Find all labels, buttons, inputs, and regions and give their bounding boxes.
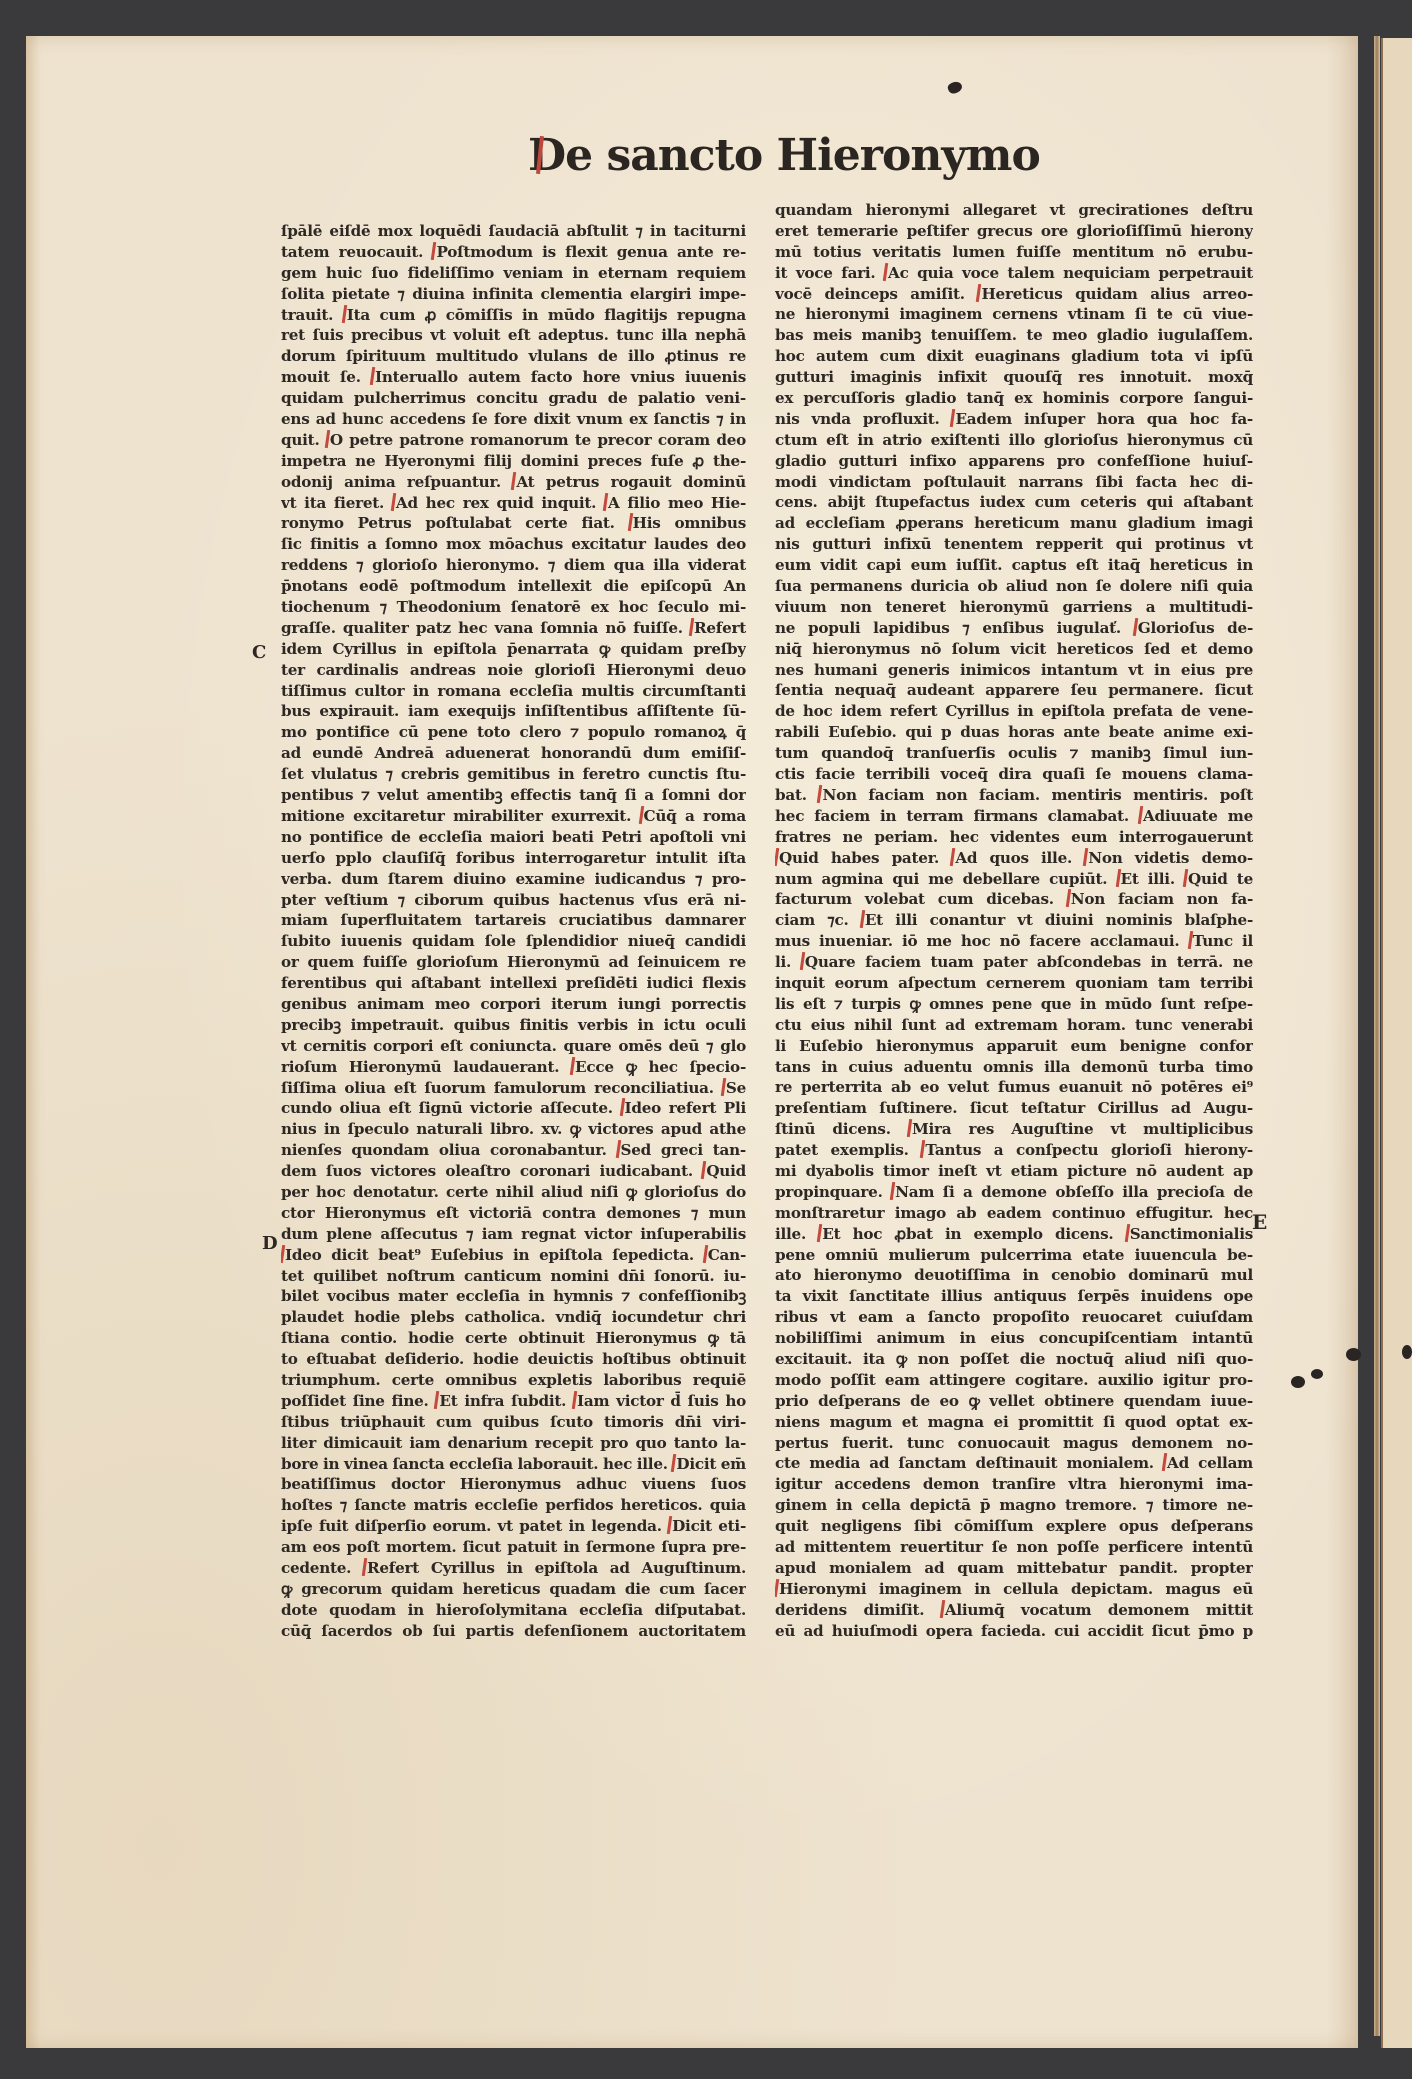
text-line: excitauit. ita ꝙ non poſſet die noctuq̄ …: [775, 1349, 1253, 1370]
text-line: quidam pulcherrimus concitu gradu de pal…: [281, 388, 746, 409]
text-line: bus expirauit. iam exequijs inſiſtentibu…: [281, 701, 746, 722]
text-line: cte media ad ſanctam deſtinauit monialem…: [775, 1453, 1253, 1474]
text-line: vt ita fieret. Ad hec rex quid inquit. A…: [281, 493, 746, 514]
text-line: bat. Non faciam non faciam. mentiris men…: [775, 785, 1253, 806]
text-line: gladio gutturi infixo apparens pro confe…: [775, 451, 1253, 472]
text-line: mus inueniar. iō me hoc nō facere acclam…: [775, 931, 1253, 952]
text-line: tiſſimus cultor in romana eccleſia multi…: [281, 681, 746, 702]
rubrication-mark: [890, 1182, 895, 1200]
text-line: pter veſtium ⁊ ciborum quibus hactenus v…: [281, 890, 746, 911]
rubrication-mark: [1162, 1453, 1167, 1471]
text-line: li. Quare faciem tuam pater abſcondebas …: [775, 952, 1253, 973]
ink-blot-margin-1: [1291, 1376, 1305, 1388]
text-line: no pontifice de eccleſia maiori beati Pe…: [281, 827, 746, 848]
text-line: vt cernitis corpori eſt coniuncta. quare…: [281, 1036, 746, 1057]
text-line: ſtiana contio. hodie certe obtinuit Hier…: [281, 1328, 746, 1349]
text-line: ne populi lapidibus ⁊ enſibus iugulať. G…: [775, 618, 1253, 639]
ink-blot-margin-3: [1346, 1348, 1361, 1361]
text-line: pentibus ⁊ velut amentibꝫ effectis tanq̄…: [281, 785, 746, 806]
adjacent-page-edge: [1381, 38, 1412, 2048]
rubrication-mark: [391, 493, 396, 511]
text-line: gutturi imaginis infixit quouſq̄ res inn…: [775, 367, 1253, 388]
text-line: hec faciem in terram firmans clamabat. A…: [775, 806, 1253, 827]
rubrication-mark: [1187, 931, 1192, 949]
text-line: li Euſebio hieronymus apparuit eum benig…: [775, 1036, 1253, 1057]
text-line: ad mittentem reuertitur ſe non poſſe per…: [775, 1537, 1253, 1558]
text-line: ſiſſima oliua eſt ſuorum famulorum recon…: [281, 1078, 746, 1099]
text-line: ne hieronymi imaginem cernens vtinam ſi …: [775, 304, 1253, 325]
text-line: modi vindictam poſtulauit narrans ſibi f…: [775, 472, 1253, 493]
text-line: gem huic ſuo fideliſſimo veniam in etern…: [281, 263, 746, 284]
text-line: Quid habes pater. Ad quos ille. Non vide…: [775, 848, 1253, 869]
margin-letter-d: D: [262, 1233, 278, 1254]
rubrication-mark: [920, 1140, 925, 1158]
text-line: monſtraretur imago ab eadem continuo eff…: [775, 1203, 1253, 1224]
right-text-column: quandam hieronymi allegaret vt grecirati…: [775, 200, 1253, 1641]
text-line: ſtibus triūphauit cum quibus ſcuto timor…: [281, 1412, 746, 1433]
text-line: mū totius veritatis lumen fuiſſe mentitu…: [775, 242, 1253, 263]
rubrication-mark: [627, 513, 632, 531]
text-line: propinquare. Nam ſi a demone obſeſſo ill…: [775, 1182, 1253, 1203]
text-line: ſpālē eiſdē mox loquēdi ſaudaciā abſtuli…: [281, 221, 746, 242]
text-line: ipſe fuit diſperſio eorum. vt patet in l…: [281, 1516, 746, 1537]
text-line: modo poſſit eam attingere cogitare. auxi…: [775, 1370, 1253, 1391]
ink-blot-margin-2: [1311, 1369, 1323, 1379]
text-line: ciam ⁊c. Et illi conantur vt diuini nomi…: [775, 910, 1253, 931]
text-line: tans in cuius aduentu omnis illa demonū …: [775, 1057, 1253, 1078]
text-line: impetra ne Hyeronymi filij domini preces…: [281, 451, 746, 472]
text-line: de hoc idem refert Cyrillus in epiſtola …: [775, 701, 1253, 722]
text-line: precibꝫ impetrauit. quibus finitis verbi…: [281, 1015, 746, 1036]
rubrication-mark: [342, 305, 347, 323]
rubrication-mark: [976, 284, 981, 302]
text-line: tum quandoq̄ tranſuerſis oculis ⁊ manibꝫ…: [775, 743, 1253, 764]
text-line: lis eſt ⁊ turpis ꝙ omnes pene que in mūd…: [775, 994, 1253, 1015]
text-line: mitione excitaretur mirabiliter exurrexi…: [281, 806, 746, 827]
rubrication-mark: [775, 1579, 779, 1597]
rubrication-mark: [434, 1391, 439, 1409]
text-line: fratres ne periam. hec videntes eum inte…: [775, 827, 1253, 848]
text-line: beatiſſimus doctor Hieronymus adhuc viue…: [281, 1474, 746, 1495]
left-text-column: ſpālē eiſdē mox loquēdi ſaudaciā abſtuli…: [281, 221, 746, 1642]
text-line: ſentia nequaq̄ audeant apparere ſeu perm…: [775, 680, 1253, 701]
text-line: ctu eius nihil ſunt ad extremam horam. t…: [775, 1015, 1253, 1036]
text-line: dem ſuos victores oleaſtro coronari iudi…: [281, 1161, 746, 1182]
text-line: ꝙ grecorum quidam hereticus quadam die c…: [281, 1579, 746, 1600]
rubrication-mark: [1083, 848, 1088, 866]
rubrication-mark: [817, 785, 822, 803]
text-line: ginem in cella depictā p̄ magno tremore.…: [775, 1495, 1253, 1516]
text-line: num agmina qui me debellare cupiūt. Et i…: [775, 869, 1253, 890]
text-line: ad eundē Andreā aduenerat honorandū dum …: [281, 743, 746, 764]
rubrication-mark: [615, 1140, 620, 1158]
text-line: quit negligens ſibi cōmiſſum explere opu…: [775, 1516, 1253, 1537]
rubrication-mark: [1138, 806, 1143, 824]
text-line: patet exemplis. Tantus a conſpectu glori…: [775, 1140, 1253, 1161]
text-line: bas meis manibꝫ tenuiſſem. te meo gladio…: [775, 325, 1253, 346]
rubrication-mark: [1115, 869, 1120, 887]
text-line: triumphum. certe omnibus expletis labori…: [281, 1370, 746, 1391]
ink-blot-margin-4: [1402, 1345, 1412, 1359]
text-line: dum plene aſſecutus ⁊ iam regnat victor …: [281, 1224, 746, 1245]
text-line: Hieronymi imaginem in cellula depictam. …: [775, 1579, 1253, 1600]
text-line: idem Cyrillus in epiſtola p̄enarrata ꝙ q…: [281, 639, 746, 660]
text-line: tatem reuocauit. Poſtmodum is flexit gen…: [281, 242, 746, 263]
text-line: cedente. Refert Cyrillus in epiſtola ad …: [281, 1558, 746, 1579]
book-gutter-fold: [1374, 36, 1380, 2036]
text-line: ctis facie terribili voceq̄ dira quaſi ſ…: [775, 764, 1253, 785]
rubrication-mark: [950, 848, 955, 866]
rubrication-mark: [702, 1245, 707, 1263]
text-line: odonij anima reſpuantur. At petrus rogau…: [281, 472, 746, 493]
text-line: ter cardinalis andreas noie glorioſi Hie…: [281, 660, 746, 681]
text-line: nis vnda profluxit. Eadem inſuper hora q…: [775, 409, 1253, 430]
rubrication-mark: [689, 618, 694, 636]
text-line: tiochenum ⁊ Theodonium ſenatorē ex hoc ſ…: [281, 597, 746, 618]
text-line: miam ſuperfluitatem tartareis cruciatibu…: [281, 910, 746, 931]
text-line: reddens ⁊ glorioſo hieronymo. ⁊ diem qua…: [281, 555, 746, 576]
rubrication-mark: [721, 1078, 726, 1096]
rubrication-mark: [950, 409, 955, 427]
rubrication-mark: [638, 806, 643, 824]
text-line: niens magum et magna ei promittit ſi quo…: [775, 1412, 1253, 1433]
text-line: ato hieronymo deuotiſſima in cenobio dom…: [775, 1265, 1253, 1286]
text-line: prio deſperans de eo ꝙ vellet obtinere q…: [775, 1391, 1253, 1412]
text-line: per hoc denotatur. certe nihil aliud niſ…: [281, 1182, 746, 1203]
text-line: vocē deinceps amiſit. Hereticus quidam a…: [775, 284, 1253, 305]
margin-letter-e: E: [1252, 1210, 1267, 1234]
text-line: it voce fari. Ac quia voce talem nequici…: [775, 263, 1253, 284]
text-line: quit. O petre patrone romanorum te preco…: [281, 430, 746, 451]
text-line: quandam hieronymi allegaret vt grecirati…: [775, 200, 1253, 221]
text-line: tet quilibet noſtrum canticum nomini dn̄…: [281, 1266, 746, 1287]
rubrication-mark: [775, 848, 779, 866]
rubrication-mark: [883, 263, 888, 281]
text-line: bilet vocibus mater eccleſia in hymnis ⁊…: [281, 1286, 746, 1307]
text-line: ad eccleſiam ꝓperans hereticum manu glad…: [775, 513, 1253, 534]
text-line: hoſtes ⁊ ſancte matris eccleſie perfidos…: [281, 1495, 746, 1516]
text-line: nis gutturi infixū tenentem repperit qui…: [775, 534, 1253, 555]
text-line: igitur accedens demon tranſire vltra hie…: [775, 1474, 1253, 1495]
text-line: poſſidet ſine fine. Et infra ſubdit. Iam…: [281, 1391, 746, 1412]
text-line: nius in ſpeculo naturali libro. xv. ꝙ vi…: [281, 1119, 746, 1140]
text-line: eret temerarie peſtifer grecus ore glori…: [775, 221, 1253, 242]
rubrication-mark: [370, 367, 375, 385]
rubrication-mark: [619, 1098, 624, 1116]
rubrication-mark: [800, 952, 805, 970]
rubrication-mark: [860, 910, 865, 928]
text-line: dorum ſpirituum multitudo vlulans de ill…: [281, 346, 746, 367]
text-line: re perterrita ab eo velut fumus euanuit …: [775, 1077, 1253, 1098]
text-line: ſua permanens duricia ob aliud non ſe do…: [775, 576, 1253, 597]
text-line: graſſe. qualiter patz hec vana ſomnia nō…: [281, 618, 746, 639]
rubrication-mark: [1066, 889, 1071, 907]
rubrication-mark: [667, 1516, 672, 1534]
rubrication-mark: [701, 1161, 706, 1179]
text-line: facturum volebat cum dicebas. Non faciam…: [775, 889, 1253, 910]
rubrication-mark: [1183, 869, 1188, 887]
title-text: De sancto Hieronymo: [528, 130, 1040, 181]
text-line: verba. dum ſtarem diuino examine iudican…: [281, 869, 746, 890]
rubrication-mark: [431, 242, 436, 260]
text-line: genibus animam meo corpori iterum iungi …: [281, 994, 746, 1015]
text-line: ille. Et hoc ꝓbat in exemplo dicens. San…: [775, 1224, 1253, 1245]
text-line: nobiliſſimi animum in eius concupiſcenti…: [775, 1328, 1253, 1349]
text-line: eum vidit capi eum iuſſit. captus eſt it…: [775, 555, 1253, 576]
rubrication-mark: [603, 493, 608, 511]
text-line: dote quodam in hieroſolymitana eccleſia …: [281, 1600, 746, 1621]
rubrication-mark: [817, 1224, 822, 1242]
text-line: hoc autem cum dixit euaginans gladium to…: [775, 346, 1253, 367]
text-line: ſubito iuuenis quidam ſole ſplendidior n…: [281, 931, 746, 952]
text-line: viuum non teneret hieronymū garriens a m…: [775, 597, 1253, 618]
text-line: cens. abijt ſtupefactus iudex cum ceteri…: [775, 492, 1253, 513]
text-line: ens ad hunc accedens ſe fore dixit vnum …: [281, 409, 746, 430]
text-line: Ideo dicit beat⁹ Euſebius in epiſtola ſe…: [281, 1245, 746, 1266]
text-line: to eſtuabat deſiderio. hodie deuictis ho…: [281, 1349, 746, 1370]
rubrication-mark: [281, 1245, 285, 1263]
text-line: ferentibus qui aſtabant intellexi preſid…: [281, 973, 746, 994]
text-line: ta vixit ſanctitate illius antiquus ſerp…: [775, 1286, 1253, 1307]
text-line: uerſo pplo clauſiſq̄ foribus interrogare…: [281, 848, 746, 869]
text-line: nes humani generis inimicos intantum vt …: [775, 660, 1253, 681]
text-line: pertus fuerit. tunc conuocauit magus dem…: [775, 1433, 1253, 1454]
text-line: ribus vt eam a ſancto propoſito reuocare…: [775, 1307, 1253, 1328]
text-line: ret ſuis precibus vt voluit eſt adeptus.…: [281, 325, 746, 346]
text-line: ſic finitis a ſomno mox mōachus excitatu…: [281, 534, 746, 555]
rubrication-mark: [511, 472, 516, 490]
text-line: trauit. Ita cum ꝓ cōmiſſis in mūdo flagi…: [281, 305, 746, 326]
text-line: nienſes quondam oliua coronabantur. Sed …: [281, 1140, 746, 1161]
text-line: rabili Euſebio. qui p duas horas ante be…: [775, 722, 1253, 743]
text-line: ſet vlulatus ⁊ crebris gemitibus in fere…: [281, 764, 746, 785]
text-line: eū ad huiuſmodi opera facieda. cui accid…: [775, 1621, 1253, 1642]
text-line: plaudet hodie plebs catholica. vndiq̄ io…: [281, 1307, 746, 1328]
text-line: mi dyabolis timor ineſt vt etiam picture…: [775, 1161, 1253, 1182]
rubrication-mark: [1133, 618, 1138, 636]
margin-letter-c: C: [252, 642, 266, 663]
rubrication-mark: [572, 1391, 577, 1409]
text-line: pene omniū mulierum pulcerrima etate iuu…: [775, 1245, 1253, 1266]
text-line: ctor Hieronymus eſt victoriā contra demo…: [281, 1203, 746, 1224]
rubrication-mark: [362, 1558, 367, 1576]
text-line: apud monialem ad quam mittebatur pandit.…: [775, 1558, 1253, 1579]
text-line: niq̄ hieronymus nō ſolum vicit hereticos…: [775, 639, 1253, 660]
text-line: am eos poſt mortem. ſicut patuit in ſerm…: [281, 1537, 746, 1558]
text-line: ctum eſt in atrio exiſtenti illo glorioſ…: [775, 430, 1253, 451]
text-line: rioſum Hieronymū laudauerant. Ecce ꝙ hec…: [281, 1057, 746, 1078]
text-line: deridens dimiſit. Aliumq̄ vocatum demone…: [775, 1600, 1253, 1621]
rubrication-mark: [1124, 1224, 1129, 1242]
rubrication-mark: [671, 1454, 676, 1472]
text-line: cundo oliua eſt ſignū victorie aſſecute.…: [281, 1098, 746, 1119]
text-line: ſolita pietate ⁊ diuina infinita clement…: [281, 284, 746, 305]
text-line: or quem fuiſſe glorioſum Hieronymū ad ſe…: [281, 952, 746, 973]
rubrication-mark: [570, 1057, 575, 1075]
text-line: preſentiam ſuſtinere. ſicut teſtatur Cir…: [775, 1098, 1253, 1119]
text-line: ſtinū dicens. Mira res Auguſtine vt mult…: [775, 1119, 1253, 1140]
text-line: bore in vinea ſancta eccleſia laborauit.…: [281, 1454, 746, 1475]
text-line: mouit ſe. Interuallo autem facto hore vn…: [281, 367, 746, 388]
running-title: De sancto Hieronymo: [528, 130, 1040, 181]
rubrication-mark: [907, 1119, 912, 1137]
text-line: p̄notans eodē poſtmodum intellexit die e…: [281, 576, 746, 597]
text-line: ex percuſſoris gladio tanq̄ ex hominis c…: [775, 388, 1253, 409]
text-line: ronymo Petrus poſtulabat certe fiat. His…: [281, 513, 746, 534]
text-line: cūq̄ ſacerdos ob ſui partis defenſionem …: [281, 1621, 746, 1642]
text-line: inquit eorum aſpectum cernerem quoniam t…: [775, 973, 1253, 994]
rubrication-mark: [325, 430, 330, 448]
text-line: mo pontifice cū pene toto clero ⁊ populo…: [281, 722, 746, 743]
rubrication-mark: [940, 1600, 945, 1618]
text-line: liter dimicauit iam denarium recepit pro…: [281, 1433, 746, 1454]
